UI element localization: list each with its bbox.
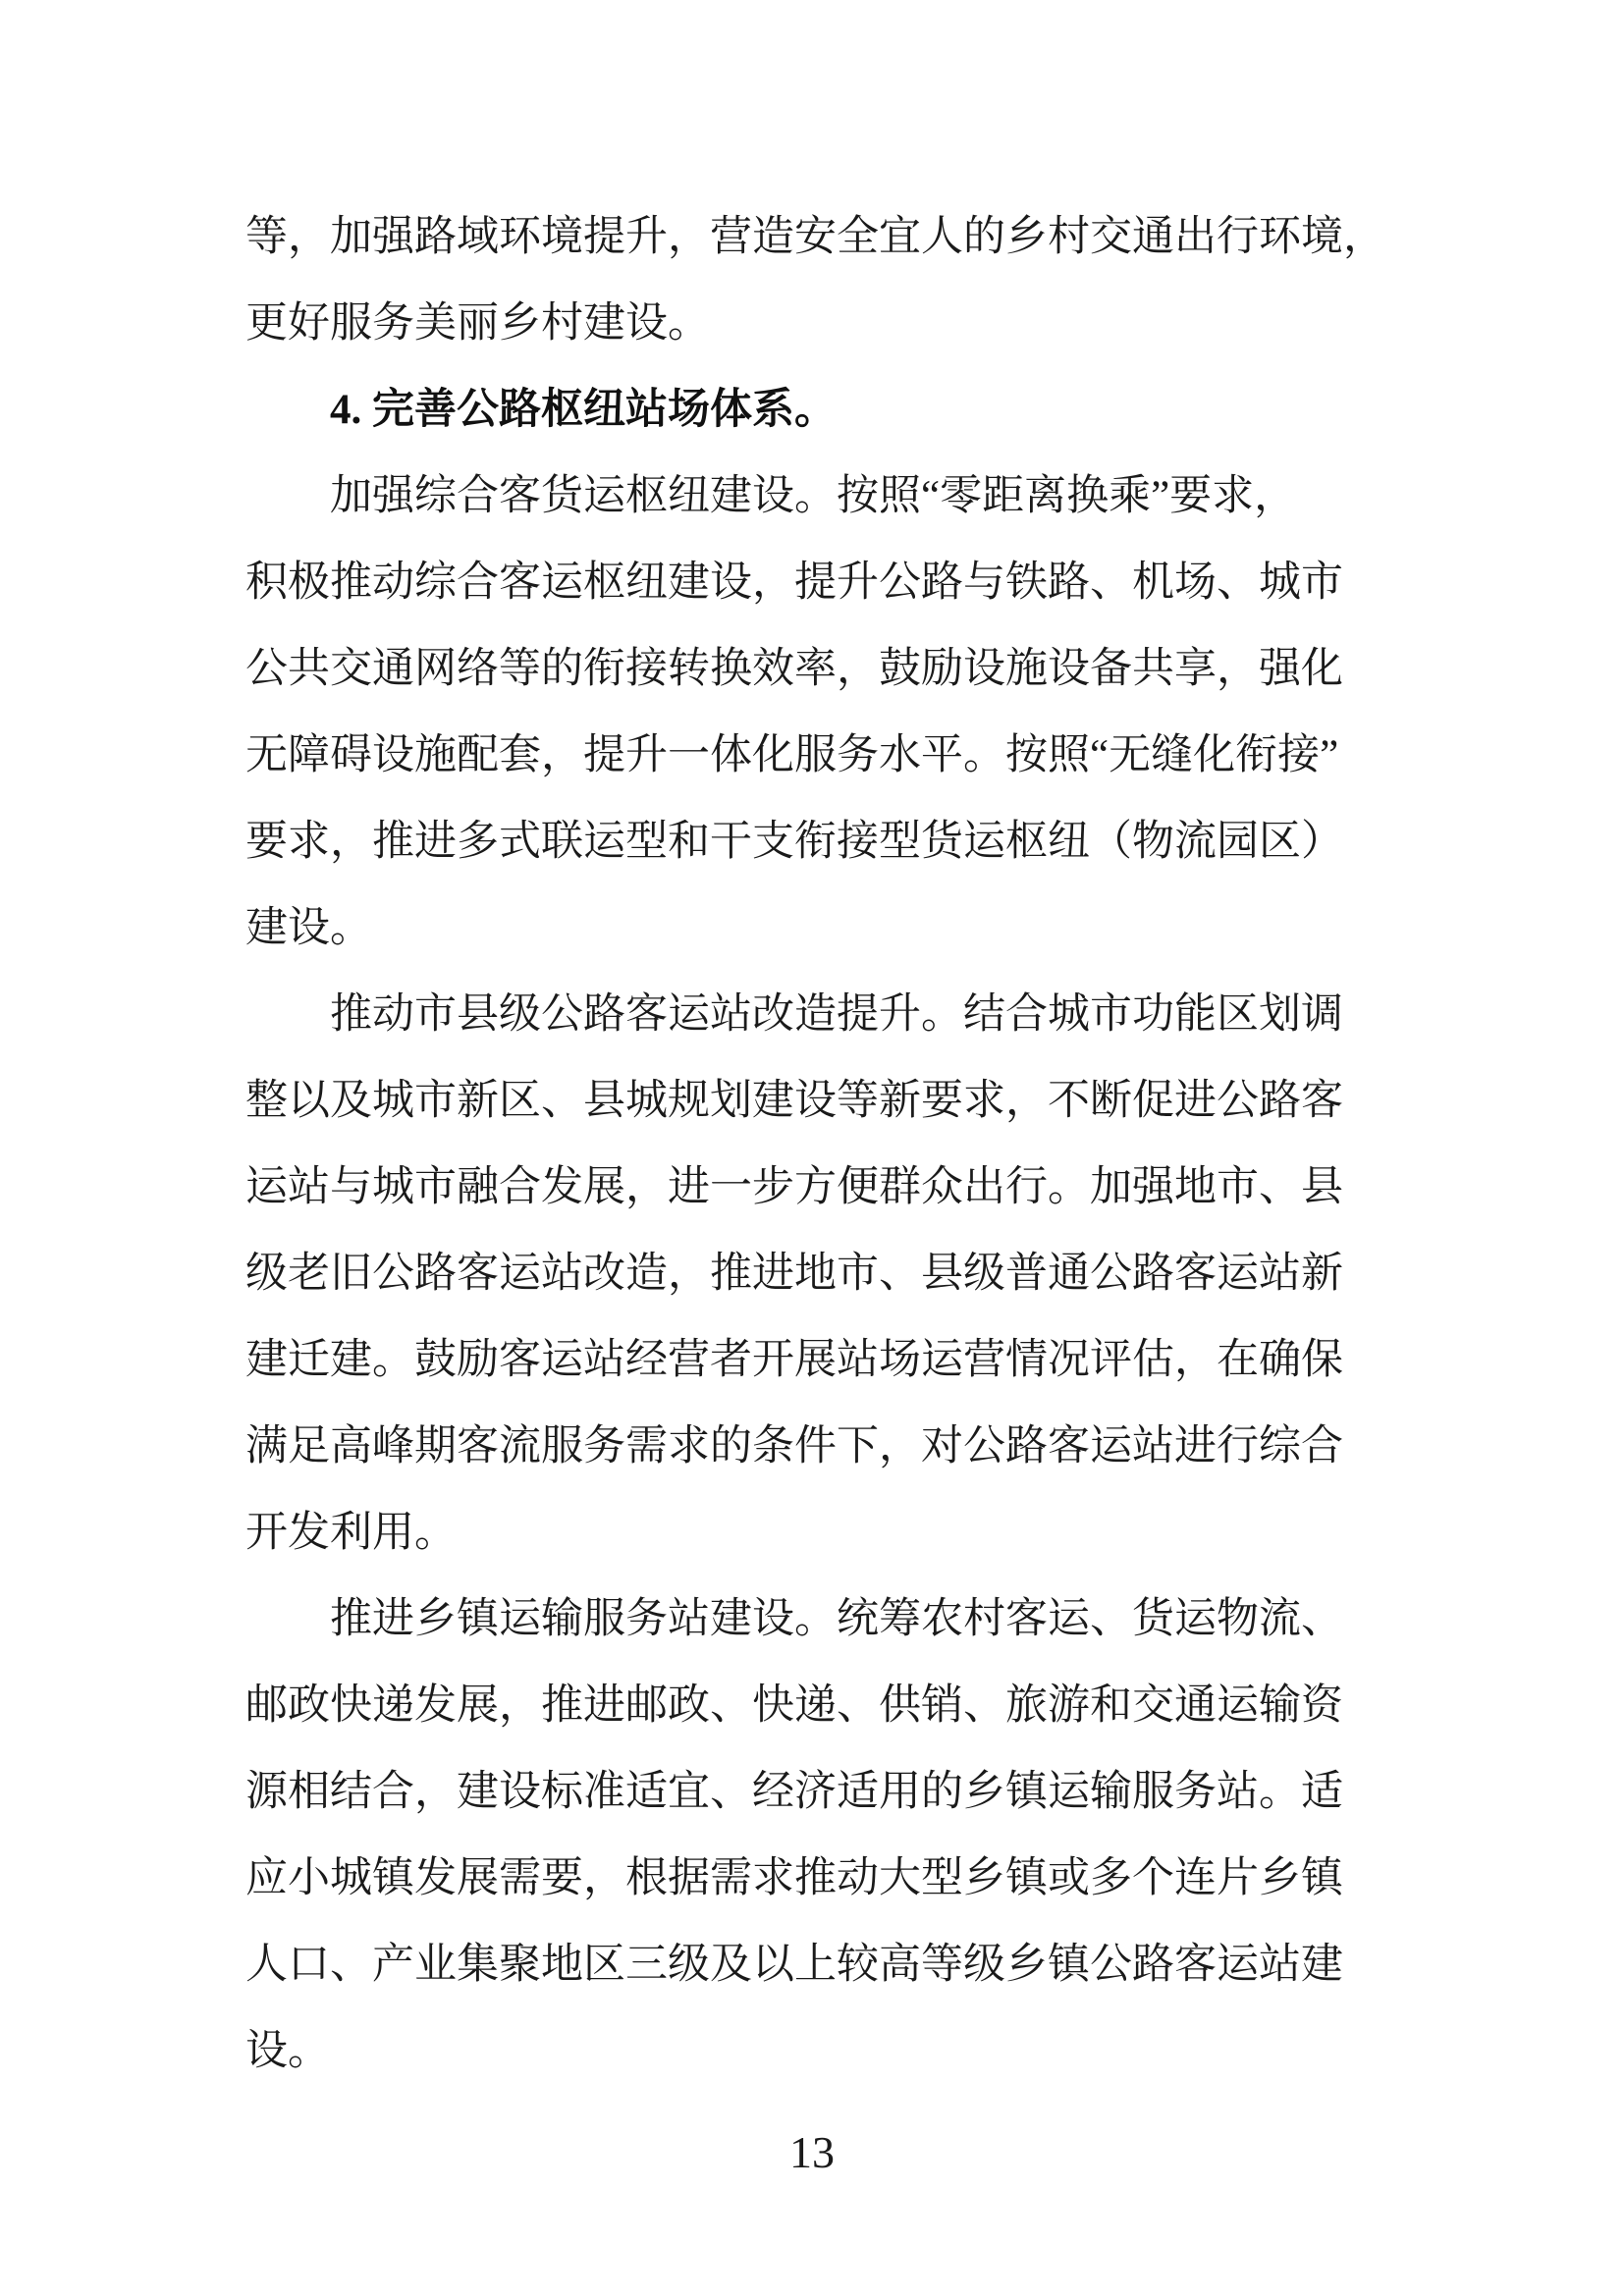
- text-line: 设。: [245, 2008, 1394, 2095]
- text-line: 满足高峰期客流服务需求的条件下，对公路客运站进行综合: [245, 1404, 1394, 1490]
- text-line: 应小城镇发展需要，根据需求推动大型乡镇或多个连片乡镇: [245, 1836, 1394, 1922]
- document-body: 等，加强路域环境提升，营造安全宜人的乡村交通出行环境，更好服务美丽乡村建设。4.…: [245, 194, 1394, 2095]
- text-line: 推动市县级公路客运站改造提升。结合城市功能区划调: [245, 972, 1394, 1058]
- text-line: 推进乡镇运输服务站建设。统筹农村客运、货运物流、: [245, 1576, 1394, 1663]
- text-line: 更好服务美丽乡村建设。: [245, 281, 1394, 367]
- text-line: 公共交通网络等的衔接转换效率，鼓励设施设备共享，强化: [245, 626, 1394, 713]
- document-page: 等，加强路域环境提升，营造安全宜人的乡村交通出行环境，更好服务美丽乡村建设。4.…: [0, 0, 1624, 2296]
- text-line: 源相结合，建设标准适宜、经济适用的乡镇运输服务站。适: [245, 1749, 1394, 1836]
- text-line: 运站与城市融合发展，进一步方便群众出行。加强地市、县: [245, 1145, 1394, 1231]
- text-line: 加强综合客货运枢纽建设。按照“零距离换乘”要求，: [245, 454, 1394, 540]
- text-line: 邮政快递发展，推进邮政、快递、供销、旅游和交通运输资: [245, 1663, 1394, 1749]
- text-line: 等，加强路域环境提升，营造安全宜人的乡村交通出行环境，: [245, 194, 1394, 281]
- text-line: 级老旧公路客运站改造，推进地市、县级普通公路客运站新: [245, 1231, 1394, 1317]
- text-line: 开发利用。: [245, 1490, 1394, 1576]
- section-heading: 4. 完善公路枢纽站场体系。: [245, 367, 1394, 454]
- text-line: 建迁建。鼓励客运站经营者开展站场运营情况评估，在确保: [245, 1317, 1394, 1404]
- text-line: 整以及城市新区、县城规划建设等新要求，不断促进公路客: [245, 1058, 1394, 1145]
- text-line: 要求，推进多式联运型和干支衔接型货运枢纽（物流园区）: [245, 799, 1394, 885]
- page-number: 13: [0, 2130, 1624, 2175]
- text-line: 无障碍设施配套，提升一体化服务水平。按照“无缝化衔接”: [245, 713, 1394, 799]
- text-line: 建设。: [245, 885, 1394, 972]
- text-line: 人口、产业集聚地区三级及以上较高等级乡镇公路客运站建: [245, 1922, 1394, 2008]
- text-line: 积极推动综合客运枢纽建设，提升公路与铁路、机场、城市: [245, 540, 1394, 626]
